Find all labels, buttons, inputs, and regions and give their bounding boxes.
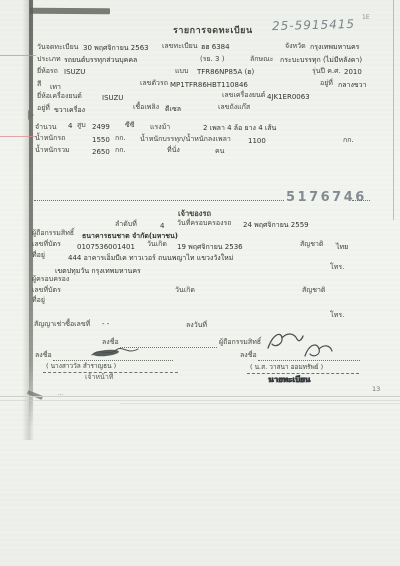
card-value: 0107536001401 xyxy=(77,244,135,251)
cc-value: 2499 xyxy=(92,124,110,131)
page-top-edge xyxy=(30,8,110,15)
cyl-unit: สูบ xyxy=(77,122,86,129)
year-value: 2010 xyxy=(344,69,362,76)
nationality-value: ไทย xyxy=(336,244,348,251)
sign-label-left: ลงชื่อ xyxy=(35,352,52,359)
seats-label: ที่นั่ง xyxy=(167,147,180,154)
cylinders-label: จำนวน xyxy=(35,124,57,131)
address-line2: เขตปทุมวัน กรุงเทพมหานคร xyxy=(55,268,141,275)
possession-date-value: 24 พฤศจิกายน 2559 xyxy=(243,222,309,229)
birth-label: วันเกิด xyxy=(147,241,167,248)
scan-smudge: … xyxy=(58,392,63,397)
gross-kg: กก. xyxy=(115,147,126,154)
type-code: (รย. 3 ) xyxy=(200,56,224,63)
separator-dotted-line xyxy=(34,199,284,201)
cylinders-value: 4 xyxy=(68,123,72,130)
engine-brand-label: ยี่ห้อเครื่องยนต์ xyxy=(37,93,82,100)
holder-label: ผู้ถือกรรมสิทธิ์ xyxy=(32,230,74,237)
page-left-edge xyxy=(29,0,33,428)
engine-pos-value: ขวาเครื่อง xyxy=(54,107,85,114)
reg-date-label: วันจดทะเบียน xyxy=(37,44,78,51)
page-right-edge xyxy=(393,0,394,220)
model-value: TFR86NP85A (ฮ) xyxy=(197,69,254,76)
registrar-name-underline xyxy=(247,372,359,374)
gross-label: น้ำหนักรวม xyxy=(35,147,70,154)
contract-label: สัญญาเช่าซื้อเลขที่ xyxy=(34,321,90,328)
officer-signature xyxy=(90,344,140,360)
color-value: เทา xyxy=(50,84,61,91)
weight-label: น้ำหนักรถ xyxy=(35,135,65,142)
fuel-label: เชื้อเพลิง xyxy=(133,104,159,111)
registrar-name: ( น.ส. วาสนา ออมทรัพย์ ) xyxy=(250,364,323,371)
plate-value: ฮฮ 6384 xyxy=(201,44,230,51)
officer-role-label: เจ้าหน้าที่ xyxy=(85,374,113,381)
address2-label: ที่อยู่ xyxy=(32,297,45,304)
stamped-serial-number: 5176746 xyxy=(286,191,367,204)
nationality2-label: สัญชาติ xyxy=(302,287,325,294)
phone-label: โทร. xyxy=(330,264,344,271)
red-scan-line xyxy=(0,136,36,137)
engine-pos-label: อยู่ที่ xyxy=(37,105,50,112)
brand-label: ยี่ห้อรถ xyxy=(37,68,58,75)
red-scan-line xyxy=(0,55,36,56)
gas-tank-label: เลขถังแก๊ส xyxy=(218,104,250,111)
contract-marks: - - xyxy=(102,321,109,328)
possession-date-label: วันที่ครอบครองรถ xyxy=(177,220,231,227)
load-label: น้ำหนักบรรทุก/น้ำหนักลงเพลา xyxy=(140,136,231,143)
load-value: 1100 xyxy=(248,138,266,145)
phone2-label: โทร. xyxy=(330,312,344,319)
card-label: เลขที่บัตร xyxy=(32,241,61,248)
edge-notch xyxy=(28,110,34,120)
body-label: ลักษณะ xyxy=(250,56,273,63)
engine-no-value: 4JK1ER0063 xyxy=(267,94,310,101)
contract-date-label: ลงวันที่ xyxy=(186,322,207,329)
corner-mark: 1E xyxy=(362,15,370,21)
brand-value: ISUZU xyxy=(64,69,85,76)
order-value: 4 xyxy=(160,223,164,230)
axles-value: 2 เพลา 4 ล้อ ยาง 4 เส้น xyxy=(203,125,276,132)
registrar-signature xyxy=(300,342,336,360)
model-label: แบบ xyxy=(175,68,188,75)
scanned-registration-document: … 1E รายการจดทะเบียน 25-5915415 วันจดทะเ… xyxy=(0,0,400,566)
page-number: 13 xyxy=(372,386,380,393)
handwritten-doc-number: 25-5915415 xyxy=(272,18,355,32)
address-line1: 444 อาคารเอ็มบีเค ทาวเวอร์ ถนนพญาไท แขวง… xyxy=(68,255,233,262)
owner-section-title: เจ้าของรถ xyxy=(178,210,211,218)
year-label: รุ่นปี ค.ศ. xyxy=(312,68,341,75)
scan-crease-line xyxy=(120,403,400,404)
province-value: กรุงเทพมหานคร xyxy=(310,44,359,51)
officer-name: ( นางสาววัล สำราญธน ) xyxy=(46,363,116,370)
nationality-label: สัญชาติ xyxy=(300,241,323,248)
seats-unit: คน xyxy=(215,148,224,155)
body-value: กระบะบรรทุก (ไม่มีหลังคา) xyxy=(280,57,362,64)
gross-value: 2650 xyxy=(92,149,110,156)
reg-date-value: 30 พฤศจิกายน 2563 xyxy=(83,45,149,52)
plate-label: เลขทะเบียน xyxy=(162,43,198,50)
chassis-pos-label: อยู่ที่ xyxy=(320,80,333,87)
cc-unit: ซีซี xyxy=(125,122,135,129)
weight-kg: กก. xyxy=(115,135,126,142)
engine-no-label: เลขเครื่องยนต์ xyxy=(222,92,265,99)
load-kg: กก. xyxy=(343,137,354,144)
holder-signature xyxy=(262,330,304,352)
holder-role-label: ผู้ถือกรรมสิทธิ์ xyxy=(219,339,261,346)
engine-brand-value: ISUZU xyxy=(102,95,123,102)
page-title: รายการจดทะเบียน xyxy=(173,27,253,36)
birth-value: 19 พฤศจิกายน 2536 xyxy=(177,244,243,251)
chassis-value: MP1TFR86HBT110846 xyxy=(170,82,248,89)
scan-crease-line xyxy=(0,400,400,401)
weight-value: 1550 xyxy=(92,137,110,144)
province-label: จังหวัด xyxy=(285,43,306,50)
sign-label-right: ลงชื่อ xyxy=(240,352,257,359)
chassis-label: เลขตัวรถ xyxy=(140,80,168,87)
hp-label: แรงม้า xyxy=(150,124,170,131)
type-value: รถยนต์บรรทุกส่วนบุคคล xyxy=(64,57,137,64)
type-label: ประเภท xyxy=(37,56,61,63)
address-label: ที่อยู่ xyxy=(32,252,45,259)
registrar-role-stamp: นายทะเบียน xyxy=(268,376,310,384)
birth2-label: วันเกิด xyxy=(175,287,195,294)
chassis-pos-value: กลางขวา xyxy=(338,82,367,89)
order-label: ลำดับที่ xyxy=(115,221,137,228)
color-label: สี xyxy=(37,81,41,88)
card2-label: เลขที่บัตร xyxy=(32,287,61,294)
fuel-value: ดีเซล xyxy=(165,106,181,113)
holder-value: ธนาคารธนชาต จำกัด(มหาชน) xyxy=(82,233,178,240)
possessor-label: ผู้ครอบครอง xyxy=(32,276,69,283)
